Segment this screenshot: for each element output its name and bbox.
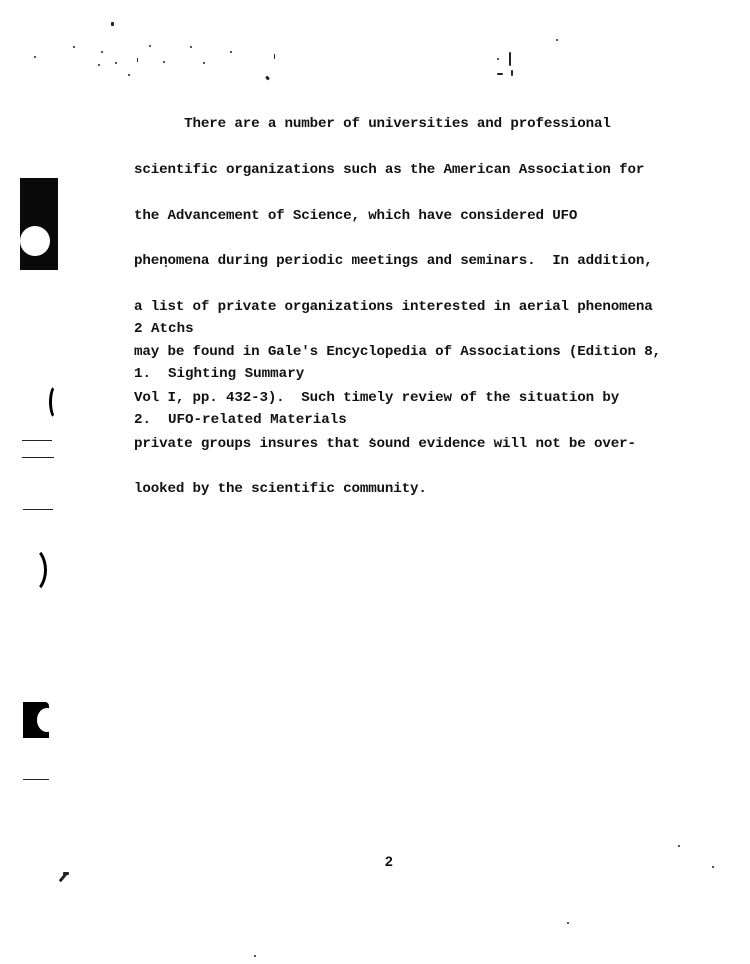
scan-speck bbox=[190, 46, 192, 48]
scan-line-artifact bbox=[22, 457, 54, 458]
scan-arc-artifact bbox=[14, 546, 47, 594]
scan-speck bbox=[137, 58, 138, 62]
attachment-item: 1.Sighting Summary bbox=[134, 367, 347, 382]
scan-speck bbox=[63, 872, 69, 875]
attachments-header: 2 Atchs bbox=[134, 322, 347, 337]
scan-speck bbox=[567, 922, 569, 924]
scan-speck bbox=[265, 76, 270, 81]
paragraph-line: scientific organizations such as the Ame… bbox=[134, 163, 694, 178]
scan-speck bbox=[497, 58, 499, 60]
paragraph-line: There are a number of universities and p… bbox=[134, 117, 694, 132]
attachment-number: 1. bbox=[134, 367, 168, 382]
scan-speck bbox=[111, 22, 114, 26]
scan-speck bbox=[274, 54, 275, 59]
scan-line-artifact bbox=[23, 779, 49, 780]
scan-speck bbox=[73, 46, 75, 48]
scan-speck bbox=[101, 51, 103, 53]
binder-hole-artifact bbox=[20, 178, 58, 270]
paragraph-line: the Advancement of Science, which have c… bbox=[134, 209, 694, 224]
scan-speck bbox=[556, 39, 558, 41]
scan-speck bbox=[115, 62, 117, 64]
scan-speck bbox=[128, 74, 130, 76]
scan-speck bbox=[203, 62, 205, 64]
attachments-list: 2 Atchs 1.Sighting Summary 2.UFO-related… bbox=[134, 291, 347, 459]
scan-speck bbox=[230, 51, 232, 53]
clip-mark-artifact bbox=[23, 702, 49, 738]
scan-speck bbox=[98, 64, 100, 66]
scan-speck bbox=[511, 70, 513, 76]
page-number: 2 bbox=[385, 853, 393, 869]
scan-speck bbox=[712, 866, 714, 868]
attachment-item: 2.UFO-related Materials bbox=[134, 413, 347, 428]
attachment-label: UFO-related Materials bbox=[168, 412, 347, 428]
scan-speck bbox=[678, 845, 680, 847]
scan-speck bbox=[509, 52, 511, 66]
scan-line-artifact bbox=[22, 440, 52, 441]
scan-line-artifact bbox=[23, 509, 53, 510]
paragraph-line: phenomena during periodic meetings and s… bbox=[134, 254, 694, 269]
scan-speck bbox=[149, 45, 151, 47]
attachment-number: 2. bbox=[134, 413, 168, 428]
attachment-label: Sighting Summary bbox=[168, 366, 304, 382]
scan-speck bbox=[163, 61, 165, 63]
document-page: There are a number of universities and p… bbox=[0, 0, 750, 964]
paragraph-line: looked by the scientific community. bbox=[134, 482, 694, 497]
scan-arc-artifact bbox=[49, 384, 64, 420]
scan-speck bbox=[254, 955, 256, 957]
scan-speck bbox=[497, 73, 503, 75]
scan-speck bbox=[34, 56, 36, 58]
